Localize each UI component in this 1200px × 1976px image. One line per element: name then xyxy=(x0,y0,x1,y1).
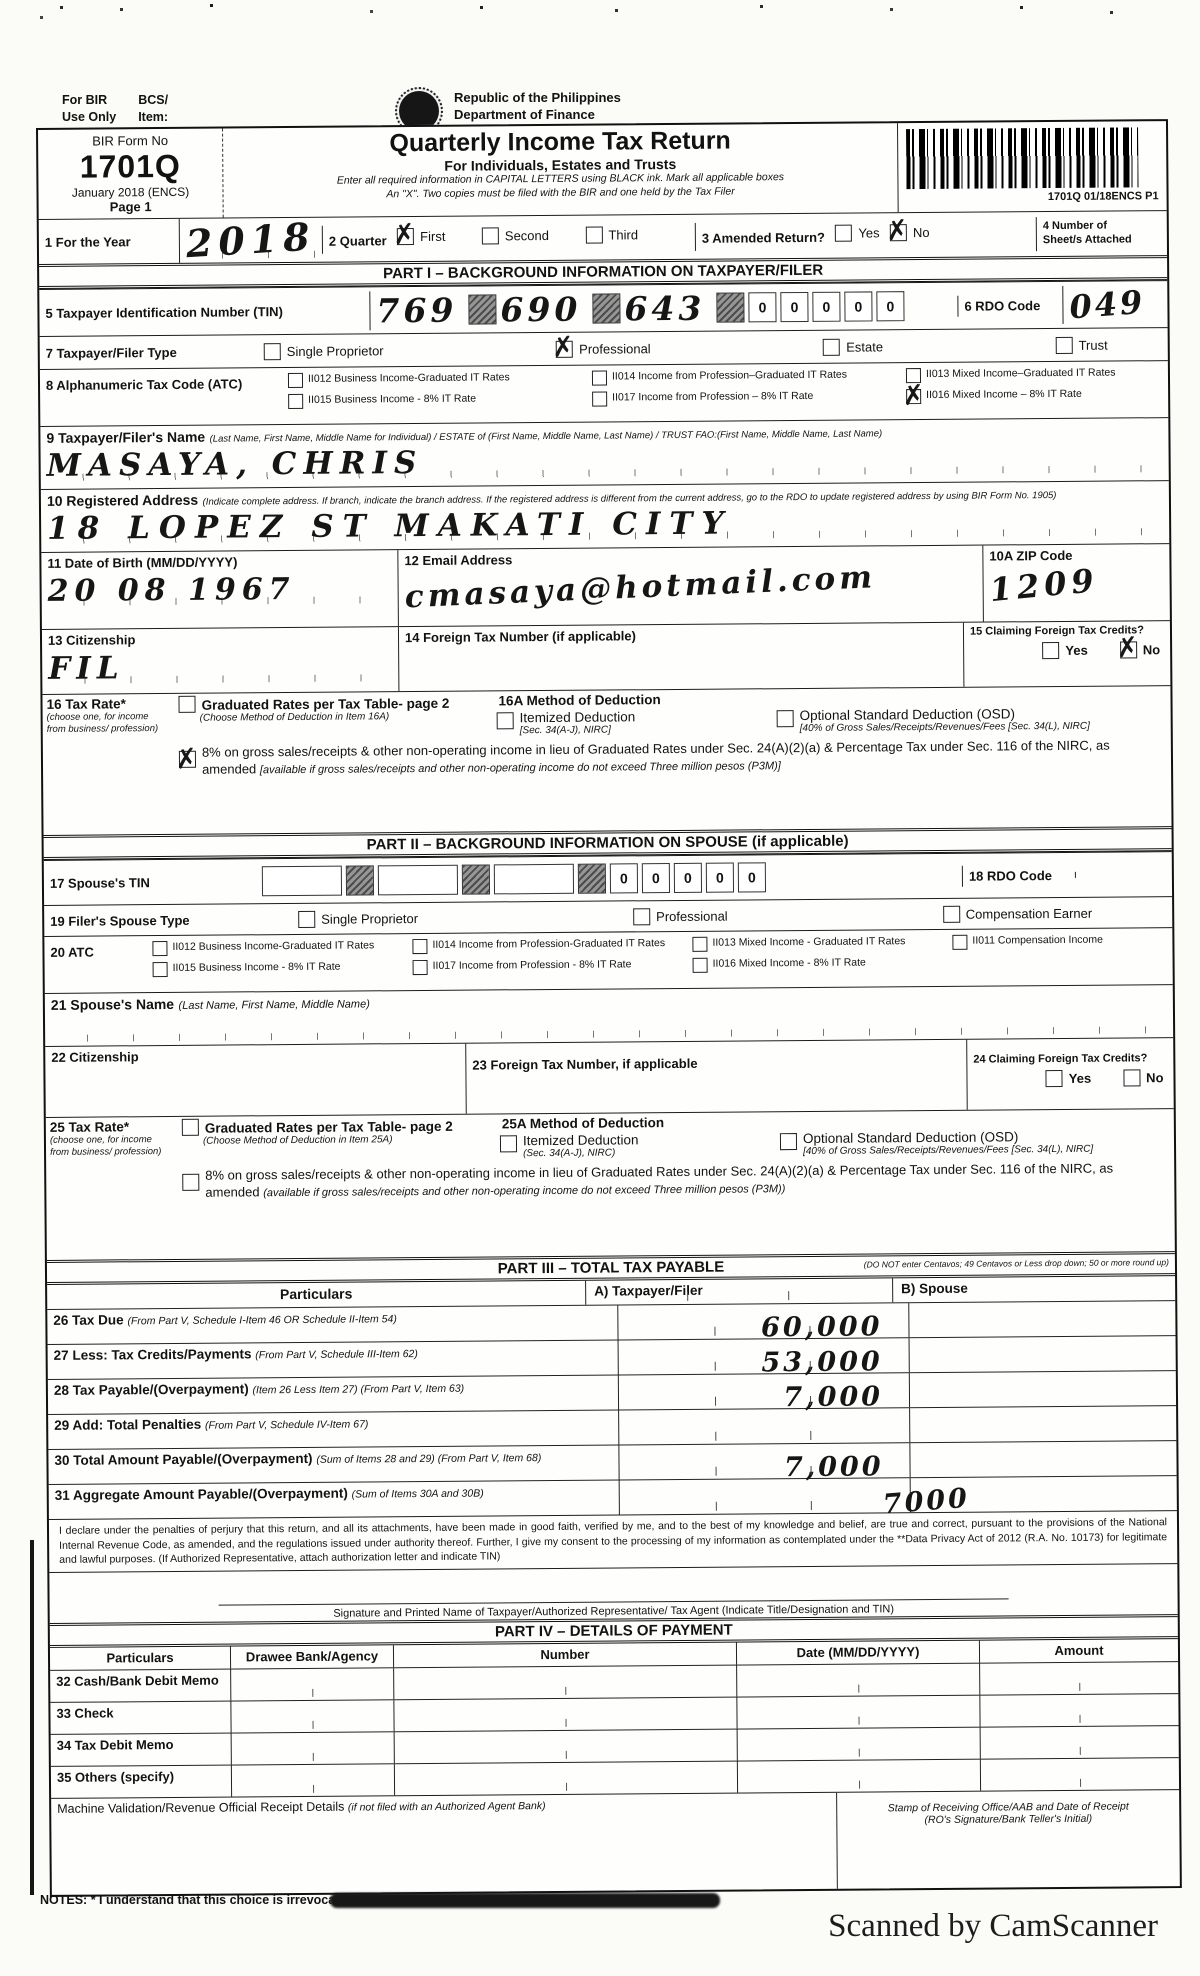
form-header: BIR Form No 1701Q January 2018 (ENCS) Pa… xyxy=(38,121,1167,219)
row32-label: 32 Cash/Bank Debit Memo xyxy=(50,1670,230,1702)
address-field: 18 LOPEZ ST MAKATI CITY xyxy=(41,505,1169,548)
row28-label: 28 Tax Payable/(Overpayment) xyxy=(54,1381,249,1398)
address-value: 18 LOPEZ ST MAKATI CITY xyxy=(47,506,733,547)
spouse-atc-ii011-label: II011 Compensation Income xyxy=(972,934,1103,947)
dob-label: 11 Date of Birth (MM/DD/YYYY) xyxy=(41,550,397,574)
atc-ii012-label: II012 Business Income-Graduated IT Rates xyxy=(308,371,510,385)
row33-bank-cell xyxy=(230,1700,393,1732)
tax-rate-25-label: 25 Tax Rate* xyxy=(50,1119,168,1135)
email-value: cmasaya@hotmail.com xyxy=(404,562,876,613)
checkbox-ftc-yes xyxy=(1042,642,1059,659)
row33-date-cell xyxy=(736,1696,979,1729)
tin-segment-2: 690 xyxy=(500,292,588,326)
tin-segment-1: 769 xyxy=(376,293,464,327)
zip-field: 10A ZIP Code 1209 xyxy=(982,544,1170,621)
spouse-rdo-label: 18 RDO Code xyxy=(962,864,1075,886)
row26-amount-b xyxy=(908,1301,1175,1337)
checkbox-8pct-25 xyxy=(182,1174,199,1191)
osd-25-label: Optional Standard Deduction (OSD) xyxy=(803,1129,1018,1146)
checkbox-itemized-16 xyxy=(497,712,514,729)
use-only-label: Use Only xyxy=(62,110,116,124)
row35-date-cell xyxy=(737,1760,980,1793)
dob-value: 20 08 1967 xyxy=(48,572,296,609)
row30-amount-a: 7,000 xyxy=(618,1443,909,1479)
barcode-caption: 1701Q 01/18ENCS P1 xyxy=(907,190,1159,204)
spouse-atc-ii015-label: II015 Business Income - 8% IT Rate xyxy=(173,961,341,974)
spouse-atc-label: 20 ATC xyxy=(44,936,146,993)
row27-amount-b xyxy=(909,1336,1176,1372)
quarter-first-label: First xyxy=(420,229,445,244)
row34-number-cell xyxy=(394,1730,737,1764)
checkbox-spouse-atc-ii013 xyxy=(692,937,707,952)
form-number: 1701Q xyxy=(40,148,220,186)
address-hint: (Indicate complete address. If branch, i… xyxy=(203,490,1057,508)
spouse-atc-ii013-label: II013 Mixed Income - Graduated IT Rates xyxy=(712,935,905,949)
taxpayer-name-field: MASAYA, CHRIS xyxy=(41,442,1169,485)
tin-separator-shade xyxy=(592,293,620,323)
rdo-code-value: 049 xyxy=(1068,286,1146,324)
email-value-area: cmasaya@hotmail.com xyxy=(398,567,982,609)
checkbox-atc-ii012 xyxy=(288,373,303,388)
machine-validation-hint: (if not filed with an Authorized Agent B… xyxy=(348,1800,546,1814)
spouse-tin-zero: 0 xyxy=(674,863,702,893)
row32-number-cell xyxy=(393,1666,736,1700)
checkbox-atc-ii015 xyxy=(288,394,303,409)
for-bir-use-only: For BIRUse Only BCS/Item: xyxy=(62,92,168,126)
checkbox-graduated-rates-25 xyxy=(182,1119,199,1136)
tin-zero: 0 xyxy=(748,292,776,322)
form-no-label: BIR Form No xyxy=(40,133,220,149)
estate-label: Estate xyxy=(846,339,883,354)
part3-col-particulars: Particulars xyxy=(47,1281,585,1309)
spouse-tin-zero: 0 xyxy=(642,863,670,893)
graduated-rates-16-label: Graduated Rates per Tax Table- page 2 xyxy=(201,696,449,713)
osd-25-sub: [40% of Gross Sales/Receipts/Revenues/Fe… xyxy=(803,1144,1093,1157)
row29-amount-b xyxy=(909,1406,1176,1442)
checkbox-spouse-professional xyxy=(633,908,650,925)
spouse-single-proprietor-label: Single Proprietor xyxy=(321,911,418,927)
checkbox-osd-25 xyxy=(780,1133,797,1150)
checkbox-osd-16 xyxy=(777,710,794,727)
camscanner-watermark: Scanned by CamScanner xyxy=(828,1908,1158,1945)
barcode xyxy=(906,127,1138,189)
osd-16-sub: [40% of Gross Sales/Receipts/Revenues/Fe… xyxy=(800,721,1090,734)
row30-value-a: 7,000 xyxy=(784,1453,884,1481)
year-field: 2018 xyxy=(179,218,322,263)
row28-hint: (Item 26 Less Item 27) (From Part V, Ite… xyxy=(252,1383,464,1397)
atc-ii015-label: II015 Business Income - 8% IT Rate xyxy=(308,393,476,406)
checkbox-spouse-atc-ii011 xyxy=(952,935,967,950)
taxpayer-name-value: MASAYA, CHRIS xyxy=(47,445,424,484)
form-page: Page 1 xyxy=(41,199,221,215)
row-spouse-citizenship: 22 Citizenship 23 Foreign Tax Number, if… xyxy=(45,1037,1174,1117)
spouse-citizenship-label: 22 Citizenship xyxy=(45,1044,465,1068)
spouse-tin-separator-shade xyxy=(346,865,374,895)
scan-noise xyxy=(60,6,63,9)
spouse-professional-label: Professional xyxy=(656,908,728,924)
checkbox-spouse-atc-ii012 xyxy=(152,941,167,956)
row35-number-cell xyxy=(394,1762,737,1796)
part4-col-date: Date (MM/DD/YYYY) xyxy=(736,1641,979,1665)
checkbox-estate xyxy=(823,338,840,355)
tin-segment-3: 643 xyxy=(624,291,712,325)
declaration-text: I declare under the penalties of perjury… xyxy=(49,1510,1177,1572)
checkbox-spouse-atc-ii015 xyxy=(153,962,168,977)
rdo-code-field: 049 xyxy=(1062,285,1167,324)
row27-label: 27 Less: Tax Credits/Payments xyxy=(54,1346,252,1363)
row26-label: 26 Tax Due xyxy=(53,1312,123,1328)
row26-amount-a: 60,000 xyxy=(617,1303,908,1339)
part4-col-number: Number xyxy=(393,1643,736,1668)
spouse-tin-box xyxy=(494,864,574,895)
for-the-year-label: 1 For the Year xyxy=(39,230,179,252)
foreign-tax-field: 14 Foreign Tax Number (if applicable) xyxy=(398,623,963,691)
zip-value: 1209 xyxy=(988,564,1100,606)
filer-type-options: Single Proprietor Professional Estate Tr… xyxy=(252,333,1168,363)
row32-amount-cell xyxy=(979,1662,1178,1695)
row30-hint: (Sum of Items 28 and 29) (From Part V, I… xyxy=(316,1452,541,1466)
amended-yes-label: Yes xyxy=(858,225,879,240)
form-1701q: BIR Form No 1701Q January 2018 (ENCS) Pa… xyxy=(36,119,1182,1897)
graduated-rates-25-sub: (Choose Method of Deduction in Item 25A) xyxy=(203,1133,494,1146)
spouse-tin-zero: 0 xyxy=(706,863,734,893)
tin-zero: 0 xyxy=(876,291,904,321)
part4-col-amount: Amount xyxy=(979,1639,1178,1663)
checkbox-spouse-ftc-no xyxy=(1123,1069,1140,1086)
scan-left-edge-shadow xyxy=(30,1540,34,1895)
row-address: 10 Registered Address (Indicate complete… xyxy=(41,480,1169,552)
spouse-tin-zero: 0 xyxy=(738,862,766,892)
row-spouse-atc: 20 ATC II012 Business Income-Graduated I… xyxy=(44,927,1172,993)
stamp-cell: Stamp of Receiving Office/AAB and Date o… xyxy=(836,1790,1180,1889)
notes-text: NOTES: * I understand that this choice i… xyxy=(40,1893,353,1907)
spouse-citizenship-field: 22 Citizenship xyxy=(45,1044,466,1117)
checkbox-spouse-atc-ii014 xyxy=(412,939,427,954)
amended-no-label: No xyxy=(913,225,930,240)
row28-value-a: 7,000 xyxy=(783,1383,883,1411)
atc-ii017-label: II017 Income from Profession – 8% IT Rat… xyxy=(612,390,813,404)
foreign-tax-label: 14 Foreign Tax Number (if applicable) xyxy=(399,623,963,648)
spouse-ftc-label: 24 Claiming Foreign Tax Credits? xyxy=(967,1038,1173,1069)
row26-hint: (From Part V, Schedule I-Item 46 OR Sche… xyxy=(127,1313,396,1327)
spouse-foreign-tax-field: 23 Foreign Tax Number, if applicable xyxy=(465,1040,967,1114)
tin-zero: 0 xyxy=(812,292,840,322)
atc-ii014-label: II014 Income from Profession–Graduated I… xyxy=(612,369,847,383)
spouse-tin-box xyxy=(262,866,342,897)
8pct-16-sub: [available if gross sales/receipts and o… xyxy=(260,760,781,776)
filer-type-label: 7 Taxpayer/Filer Type xyxy=(40,341,252,364)
row27-hint: (From Part V, Schedule III-Item 62) xyxy=(255,1348,418,1361)
row-citizenship: 13 Citizenship FIL 14 Foreign Tax Number… xyxy=(42,620,1170,694)
part3-col-taxpayer: A) Taxpayer/Filer xyxy=(585,1278,892,1304)
spouse-tin-label: 17 Spouse's TIN xyxy=(44,871,256,894)
spouse-tin-zero: 0 xyxy=(610,863,638,893)
row34-amount-cell xyxy=(980,1726,1179,1759)
checkbox-atc-ii017 xyxy=(592,392,607,407)
part4-col-particulars: Particulars xyxy=(50,1647,230,1670)
row34-date-cell xyxy=(737,1728,980,1761)
row32-bank-cell xyxy=(230,1668,393,1700)
scanned-document-page: For BIRUse Only BCS/Item: Republic of th… xyxy=(0,0,1200,1976)
row35-amount-cell xyxy=(980,1758,1179,1791)
spouse-atc-ii016-label: II016 Mixed Income - 8% IT Rate xyxy=(713,957,866,970)
taxpayer-name-label: 9 Taxpayer/Filer's Name xyxy=(46,429,205,446)
row31-value-a: 7000 xyxy=(882,1485,971,1519)
part3-centavos-note: (DO NOT enter Centavos; 49 Centavos or L… xyxy=(864,1257,1169,1269)
tin-zero: 0 xyxy=(844,291,872,321)
row34-bank-cell xyxy=(231,1732,394,1764)
row27-value-a: 53,000 xyxy=(761,1348,883,1376)
spouse-name-label: 21 Spouse's Name xyxy=(51,996,174,1013)
row34-label: 34 Tax Debit Memo xyxy=(51,1734,231,1766)
row31-hint: (Sum of Items 30A and 30B) xyxy=(352,1488,484,1501)
ftc-label: 15 Claiming Foreign Tax Credits? xyxy=(964,621,1170,641)
rdo-code-label: 6 RDO Code xyxy=(957,294,1062,316)
spouse-type-label: 19 Filer's Spouse Type xyxy=(44,909,286,932)
email-field: 12 Email Address cmasaya@hotmail.com xyxy=(397,546,983,627)
row33-label: 33 Check xyxy=(50,1702,230,1734)
checkbox-spouse-compensation-earner xyxy=(943,905,960,922)
trust-label: Trust xyxy=(1079,337,1108,352)
address-label: 10 Registered Address xyxy=(47,492,198,509)
atc-ii013-label: II013 Mixed Income–Graduated IT Rates xyxy=(926,367,1116,380)
republic-line: Republic of the Philippines xyxy=(454,90,623,107)
signature-area: Signature and Printed Name of Taxpayer/A… xyxy=(49,1563,1177,1623)
checkbox-amended-no xyxy=(890,224,907,241)
graduated-rates-16-sub: (Choose Method of Deduction in Item 16A) xyxy=(200,710,491,723)
stamp-line-2: (RO's Signature/Bank Teller's Initial) xyxy=(843,1812,1173,1827)
year-value: 2018 xyxy=(185,217,317,263)
checkbox-graduated-rates-16 xyxy=(178,696,195,713)
itemized-16-label: Itemized Deduction xyxy=(520,709,636,725)
spouse-compensation-earner-label: Compensation Earner xyxy=(966,905,1093,921)
checkbox-professional xyxy=(556,340,573,357)
tin-zero: 0 xyxy=(780,292,808,322)
ftc-field: 15 Claiming Foreign Tax Credits? Yes No xyxy=(963,621,1170,687)
item-label: Item: xyxy=(138,110,168,124)
part3-col-spouse: B) Spouse xyxy=(892,1276,1175,1302)
row29-hint: (From Part V, Schedule IV-Item 67) xyxy=(205,1418,368,1431)
row35-bank-cell xyxy=(231,1764,394,1796)
atc-label: 8 Alphanumeric Tax Code (ATC) xyxy=(40,368,282,426)
machine-validation-row: Machine Validation/Revenue Official Rece… xyxy=(51,1789,1180,1895)
tin-field: 769 690 643 0 0 0 0 0 xyxy=(369,286,957,330)
tin-label: 5 Taxpayer Identification Number (TIN) xyxy=(39,300,369,324)
checkbox-trust xyxy=(1055,336,1072,353)
bcs-label: BCS/ xyxy=(138,93,168,107)
ftc-no-label: No xyxy=(1143,642,1160,657)
row28-amount-b xyxy=(909,1371,1176,1407)
checkbox-ftc-no xyxy=(1120,641,1137,658)
checkbox-8pct-16 xyxy=(179,751,196,768)
spouse-tin-box xyxy=(378,865,458,896)
dob-value-area: 20 08 1967 xyxy=(42,571,398,610)
row-atc: 8 Alphanumeric Tax Code (ATC) II012 Busi… xyxy=(40,360,1168,426)
citizenship-label: 13 Citizenship xyxy=(42,627,398,651)
itemized-25-label: Itemized Deduction xyxy=(523,1132,639,1148)
spouse-tin-field: 0 0 0 0 0 xyxy=(256,858,962,900)
spouse-tin-separator-shade xyxy=(462,864,490,894)
form-version: January 2018 (ENCS) xyxy=(40,185,220,200)
row-name: 9 Taxpayer/Filer's Name (Last Name, Firs… xyxy=(40,417,1168,489)
checkbox-spouse-single-proprietor xyxy=(298,910,315,927)
amended-return-label: 3 Amended Return? xyxy=(702,230,825,246)
graduated-rates-25-label: Graduated Rates per Tax Table- page 2 xyxy=(205,1119,453,1136)
row30-amount-b xyxy=(909,1441,1176,1477)
row33-amount-cell xyxy=(979,1694,1178,1727)
machine-validation-cell: Machine Validation/Revenue Official Rece… xyxy=(51,1793,837,1895)
quarter-second-label: Second xyxy=(505,228,549,243)
dof-line: Department of Finance xyxy=(454,107,623,124)
sheets-attached-label-2: Sheet/s Attached xyxy=(1043,233,1161,248)
tin-separator-shade xyxy=(468,294,496,324)
for-bir-label: For BIR xyxy=(62,93,107,107)
part4-col-bank: Drawee Bank/Agency xyxy=(230,1645,393,1668)
quarter-third-label: Third xyxy=(608,227,638,242)
row31-label: 31 Aggregate Amount Payable/(Overpayment… xyxy=(55,1486,348,1503)
spouse-atc-ii014-label: II014 Income from Profession-Graduated I… xyxy=(432,937,665,951)
spouse-rdo-field xyxy=(1075,871,1172,878)
checkbox-spouse-atc-ii017 xyxy=(413,960,428,975)
citizenship-value: FIL xyxy=(48,650,125,687)
sheets-attached-label-1: 4 Number of xyxy=(1043,219,1161,234)
row35-label: 35 Others (specify) xyxy=(51,1766,231,1798)
osd-16-label: Optional Standard Deduction (OSD) xyxy=(800,706,1015,723)
spouse-atc-ii012-label: II012 Business Income-Graduated IT Rates xyxy=(172,939,374,953)
checkbox-itemized-25 xyxy=(500,1135,517,1152)
zip-value-area: 1209 xyxy=(983,565,1169,604)
checkbox-atc-ii016 xyxy=(906,389,921,404)
row26-value-a: 60,000 xyxy=(761,1313,883,1341)
tax-rate-16-sub: (choose one, for income from business/ p… xyxy=(47,711,165,736)
spouse-ftc-yes-label: Yes xyxy=(1069,1071,1092,1086)
8pct-25-sub: (available if gross sales/receipts and o… xyxy=(263,1183,785,1199)
spouse-ftc-field: 24 Claiming Foreign Tax Credits? Yes No xyxy=(966,1038,1174,1110)
row-tax-rate-16: 16 Tax Rate* (choose one, for income fro… xyxy=(42,685,1171,835)
part3-title: PART III – TOTAL TAX PAYABLE xyxy=(498,1259,725,1278)
amended-return-field: 3 Amended Return? Yes No xyxy=(695,220,1036,251)
checkbox-spouse-atc-ii016 xyxy=(693,958,708,973)
row32-date-cell xyxy=(736,1664,979,1697)
sheets-attached-field: 4 Number of Sheet/s Attached xyxy=(1036,216,1167,251)
professional-label: Professional xyxy=(579,341,651,357)
spouse-atc-ii017-label: II017 Income from Profession - 8% IT Rat… xyxy=(433,958,632,972)
spouse-type-options: Single Proprietor Professional Compensat… xyxy=(286,901,1172,931)
spouse-name-hint: (Last Name, First Name, Middle Name) xyxy=(178,998,369,1012)
ftc-yes-label: Yes xyxy=(1065,643,1088,658)
scan-smudge xyxy=(330,1893,720,1908)
dob-field: 11 Date of Birth (MM/DD/YYYY) 20 08 1967 xyxy=(41,550,398,629)
row28-amount-a: 7,000 xyxy=(618,1373,909,1409)
checkbox-quarter-first xyxy=(397,228,414,245)
row29-label: 29 Add: Total Penalties xyxy=(54,1417,201,1433)
checkbox-atc-ii014 xyxy=(592,371,607,386)
checkbox-amended-yes xyxy=(835,225,852,242)
single-proprietor-label: Single Proprietor xyxy=(287,343,384,359)
tax-rate-16-label: 16 Tax Rate* xyxy=(46,696,164,712)
checkbox-spouse-ftc-yes xyxy=(1046,1070,1063,1087)
taxpayer-name-hint: (Last Name, First Name, Middle Name for … xyxy=(210,428,883,444)
itemized-16-sub: [Sec. 34(A-J), NIRC] xyxy=(520,724,636,736)
row-tax-rate-25: 25 Tax Rate* (choose one, for income fro… xyxy=(46,1108,1175,1260)
tin-separator-shade xyxy=(716,292,744,322)
citizenship-value-area: FIL xyxy=(42,648,398,688)
machine-validation-label: Machine Validation/Revenue Official Rece… xyxy=(57,1800,344,1816)
checkbox-quarter-third xyxy=(585,227,602,244)
quarter-label: 2 Quarter xyxy=(329,233,387,248)
spouse-ftc-no-label: No xyxy=(1146,1070,1163,1085)
atc-ii016-label: II016 Mixed Income – 8% IT Rate xyxy=(926,388,1082,401)
row33-number-cell xyxy=(393,1698,736,1732)
row30-label: 30 Total Amount Payable/(Overpayment) xyxy=(54,1451,312,1468)
row-spouse-name: 21 Spouse's Name (Last Name, First Name,… xyxy=(45,984,1173,1046)
citizenship-field: 13 Citizenship FIL xyxy=(42,627,398,694)
row-dob-email-zip: 11 Date of Birth (MM/DD/YYYY) 20 08 1967… xyxy=(41,543,1170,629)
row27-amount-a: 53,000 xyxy=(618,1338,909,1374)
tax-rate-25-sub: (choose one, for income from business/ p… xyxy=(50,1134,168,1159)
checkbox-single-proprietor xyxy=(264,343,281,360)
spouse-foreign-tax-label: 23 Foreign Tax Number, if applicable xyxy=(466,1040,966,1076)
quarter-field: 2 Quarter First Second Third xyxy=(322,223,695,254)
row29-amount-a xyxy=(618,1408,909,1444)
checkbox-quarter-second xyxy=(482,227,499,244)
itemized-25-sub: (Sec. 34(A-J), NIRC) xyxy=(523,1147,639,1159)
spouse-tin-separator-shade xyxy=(578,864,606,894)
row31-amount-a: 7000 xyxy=(619,1478,910,1514)
